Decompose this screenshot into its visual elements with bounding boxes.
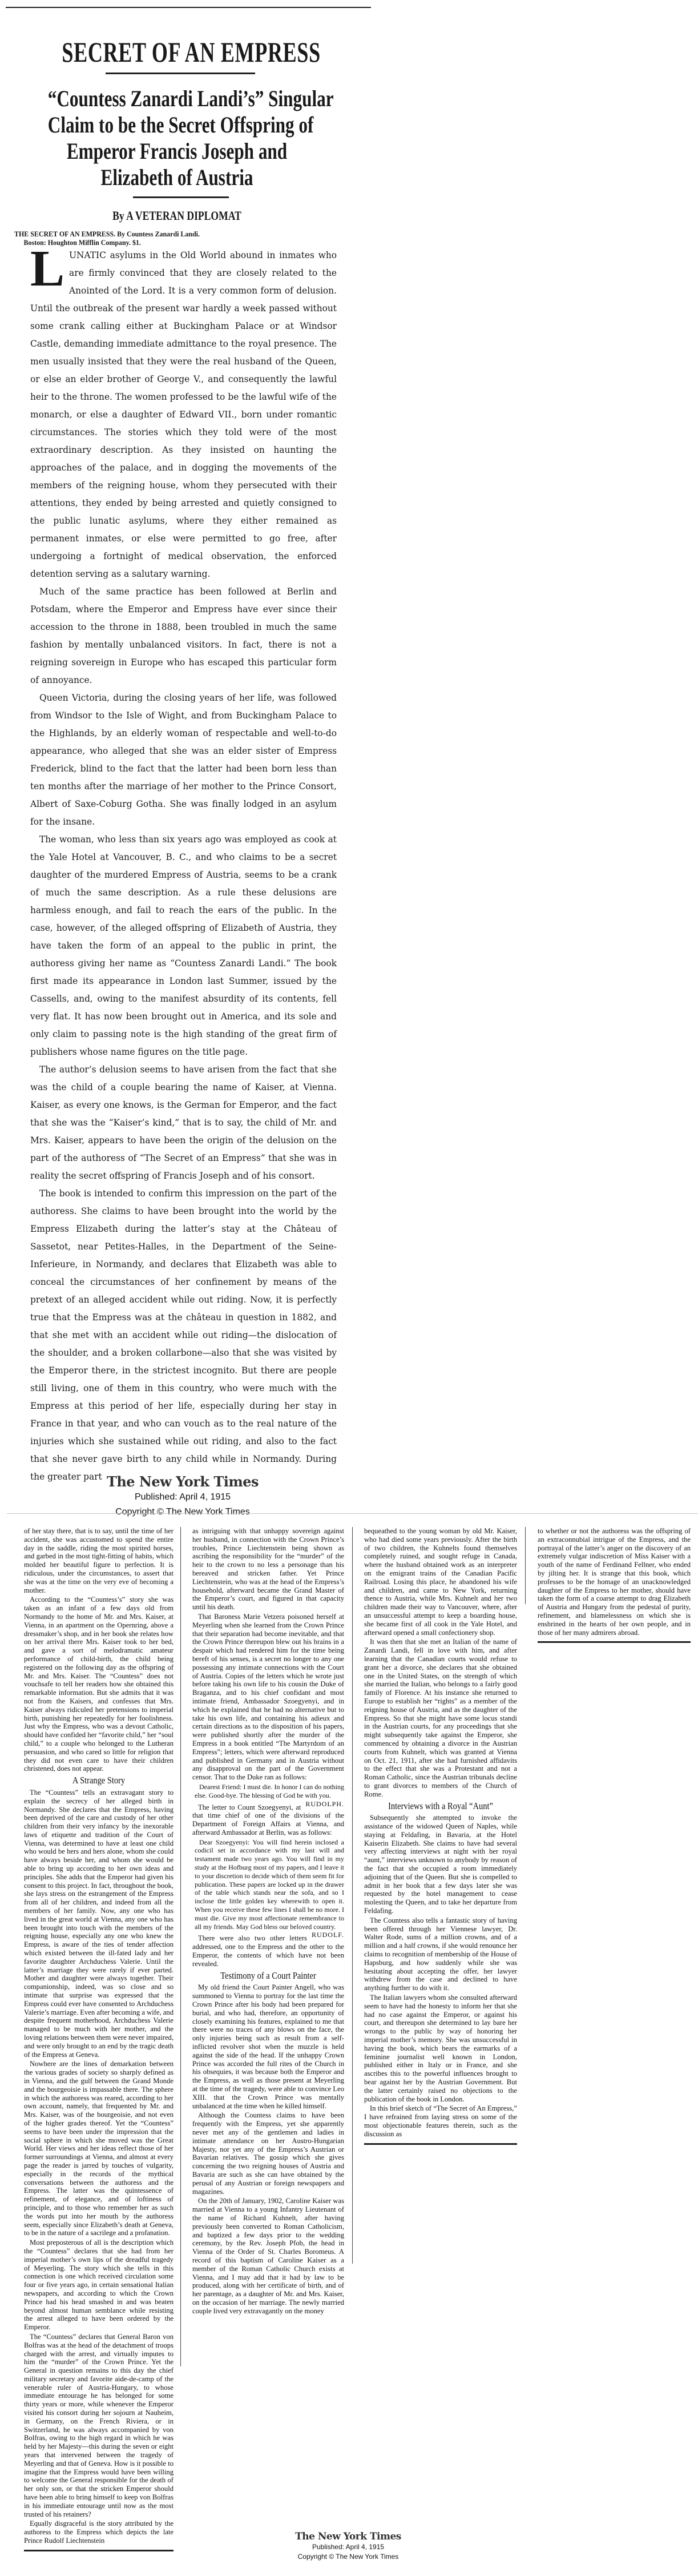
column-1: of her stay there, that is to say, until… [24,1527,174,2551]
paragraph: bequeathed to the young woman by old Mr.… [364,1527,517,1637]
book-info-title: THE SECRET OF AN EMPRESS. By Countess Za… [14,230,313,238]
paragraph: Although the Countess claims to have bee… [192,2111,344,2196]
headline: SECRET OF AN EMPRESS [62,35,292,69]
drop-cap: L [30,248,64,290]
byline: By A VETERAN DIPLOMAT [54,208,300,223]
paragraph: My old friend the Court Painter Angell, … [192,1983,344,2110]
subheadline: “Countess Zanardi Landi’s” Singular Clai… [11,86,342,191]
paragraph: Most preposterous of all is the descript… [24,2239,174,2332]
published-date: Published: April 4, 1915 [245,2542,451,2552]
paragraph: Equally disgraceful is the story attribu… [24,2519,174,2545]
paragraph: to whether or not the authoress was the … [538,1527,691,1637]
nyt-logo: The New York Times [80,1473,285,1490]
paragraph: The book is intended to confirm this imp… [30,1185,337,1486]
paragraph: It was then that she met an Italian of t… [364,1638,517,1798]
paragraph: The author’s delusion seems to have aris… [30,1061,337,1185]
column-end-rule [24,2550,174,2551]
paragraph: as intriguing with that unhappy sovereig… [192,1527,344,1611]
paragraph: Much of the same practice has been follo… [30,583,337,689]
copyright: Copyright © The New York Times [80,1505,285,1520]
subhead-line: “Countess Zanardi Landi’s” Singular [48,86,306,112]
nyt-credit-top: The New York Times Published: April 4, 1… [80,1473,285,1520]
paragraph: Queen Victoria, during the closing years… [30,689,337,831]
page-divider [7,1513,698,1514]
paragraph: That Baroness Marie Vetzera poisoned her… [192,1613,344,1782]
subhead-line: Claim to be the Secret Offspring of [48,112,306,138]
paragraph: of her stay there, that is to say, until… [24,1527,174,1594]
column-4: to whether or not the authoress was the … [538,1527,691,1643]
paragraph: The letter to Count Szoegyenyi, at that … [192,1803,344,1837]
copyright: Copyright © The New York Times [245,2552,451,2562]
paragraph: Subsequently she attempted to invoke the… [364,1814,517,1915]
subhead-line: Emperor Francis Joseph and [48,138,306,164]
section-heading: A Strange Story [35,1777,163,1785]
paragraph: The Italian lawyers whom she consulted a… [364,1994,517,2103]
section-heading: Interviews with a Royal “Aunt” [376,1802,506,1811]
published-date: Published: April 4, 1915 [80,1490,285,1505]
paragraph: According to the “Countess’s” story she … [24,1596,174,1773]
column-rule [525,1527,526,1604]
article-page-1: SECRET OF AN EMPRESS “Countess Zanardi L… [0,0,371,1513]
column-3: bequeathed to the young woman by old Mr.… [364,1527,517,2145]
quoted-letter: Dear Szoegyenyi: You will find herein in… [192,1838,344,1931]
column-end-rule [364,2143,517,2145]
letter-signature: RUDOLPH. [301,1800,344,1809]
paragraph: The “Countess” tells an extravagant stor… [24,1789,174,2059]
paragraph: In this brief sketch of “The Secret of A… [364,2104,517,2138]
column-2: as intriguing with that unhappy sovereig… [192,1527,344,2317]
paragraph: The woman, who less than six years ago w… [30,831,337,1061]
paragraph: On the 20th of January, 1902, Caroline K… [192,2197,344,2315]
paragraph: LUNATIC asylums in the Old World abound … [30,247,337,583]
letter-signature: RUDOLF. [307,1931,344,1939]
nyt-credit-bottom: The New York Times Published: April 4, 1… [245,2531,451,2562]
column-end-rule [538,1641,691,1643]
subhead-rule [133,196,229,198]
paragraph: The Countess also tells a fantastic stor… [364,1916,517,1992]
paragraph: The “Countess” declares that General Bar… [24,2333,174,2519]
column-rule [352,1527,353,2264]
section-heading: Testimony of a Court Painter [204,1972,333,1980]
headline-rule [106,73,255,74]
article-body-part1: LUNATIC asylums in the Old World abound … [30,247,337,1486]
nyt-logo: The New York Times [245,2531,451,2542]
article-page-2: of her stay there, that is to say, until… [0,1519,698,2576]
column-rule [180,1527,181,2366]
quoted-letter: Dearest Friend: I must die. In honor I c… [192,1783,344,1800]
subhead-line: Elizabeth of Austria [48,164,306,191]
paragraph: Nowhere are the lines of demarkation bet… [24,2060,174,2237]
paragraph: There were also two other letters addres… [192,1934,344,1968]
